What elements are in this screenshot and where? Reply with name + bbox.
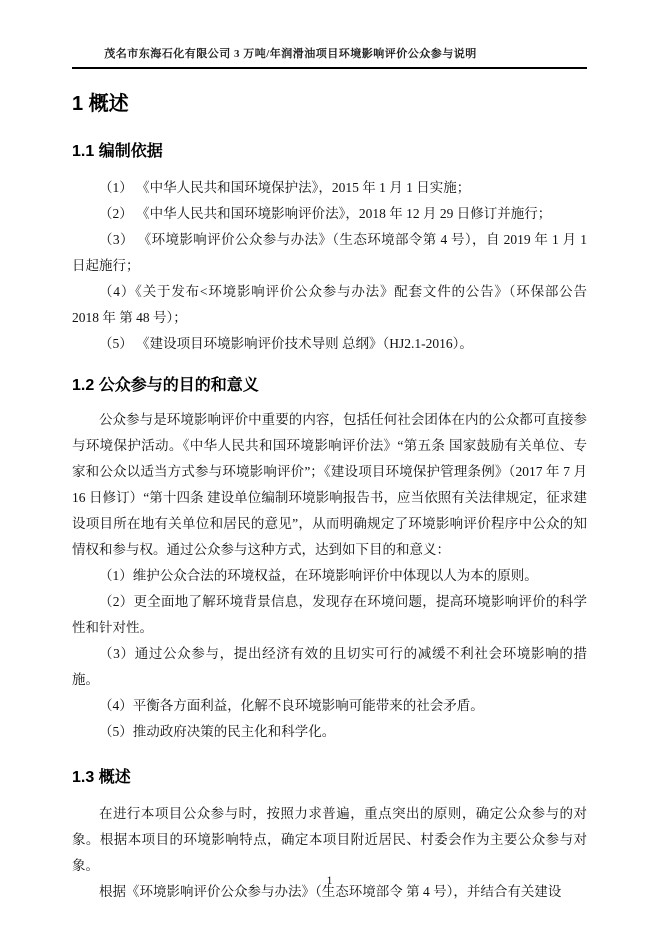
purpose-item: （4）平衡各方面利益，化解不良环境影响可能带来的社会矛盾。: [72, 693, 587, 719]
page-number: 1: [0, 873, 659, 888]
section-1-1-body: （1） 《中华人民共和国环境保护法》，2015 年 1 月 1 日实施； （2）…: [72, 175, 587, 357]
purpose-item: （2）更全面地了解环境背景信息，发现存在环境问题，提高环境影响评价的科学性和针对…: [72, 589, 587, 641]
section-1-2-heading: 1.2 公众参与的目的和意义: [72, 375, 587, 397]
section-1-heading: 1 概述: [72, 91, 587, 117]
basis-item: （4）《关于发布<环境影响评价公众参与办法》配套文件的公告》（环保部公告 201…: [72, 279, 587, 331]
page-header: 茂名市东海石化有限公司 3 万吨/年润滑油项目环境影响评价公众参与说明: [72, 46, 587, 69]
basis-item: （5） 《建设项目环境影响评价技术导则 总纲》（HJ2.1-2016）。: [72, 331, 587, 357]
basis-item: （2） 《中华人民共和国环境影响评价法》，2018 年 12 月 29 日修订并…: [72, 201, 587, 227]
section-1-2-body: 公众参与是环境影响评价中重要的内容，包括任何社会团体在内的公众都可直接参与环境保…: [72, 407, 587, 745]
basis-item: （3） 《环境影响评价公众参与办法》（生态环境部令第 4 号），自 2019 年…: [72, 227, 587, 279]
section-1-3-heading: 1.3 概述: [72, 767, 587, 789]
document-page: 茂名市东海石化有限公司 3 万吨/年润滑油项目环境影响评价公众参与说明 1 概述…: [0, 0, 659, 933]
purpose-intro-paragraph: 公众参与是环境影响评价中重要的内容，包括任何社会团体在内的公众都可直接参与环境保…: [72, 407, 587, 563]
summary-paragraph: 在进行本项目公众参与时，按照力求普遍，重点突出的原则，确定公众参与的对象。根据本…: [72, 801, 587, 879]
basis-item: （1） 《中华人民共和国环境保护法》，2015 年 1 月 1 日实施；: [72, 175, 587, 201]
section-1-1-heading: 1.1 编制依据: [72, 141, 587, 163]
purpose-item: （3）通过公众参与，提出经济有效的且切实可行的减缓不利社会环境影响的措施。: [72, 641, 587, 693]
purpose-item: （5）推动政府决策的民主化和科学化。: [72, 719, 587, 745]
purpose-item: （1）维护公众合法的环境权益，在环境影响评价中体现以人为本的原则。: [72, 563, 587, 589]
document-header-title: 茂名市东海石化有限公司 3 万吨/年润滑油项目环境影响评价公众参与说明: [72, 46, 587, 63]
section-1-3-body: 在进行本项目公众参与时，按照力求普遍，重点突出的原则，确定公众参与的对象。根据本…: [72, 801, 587, 905]
